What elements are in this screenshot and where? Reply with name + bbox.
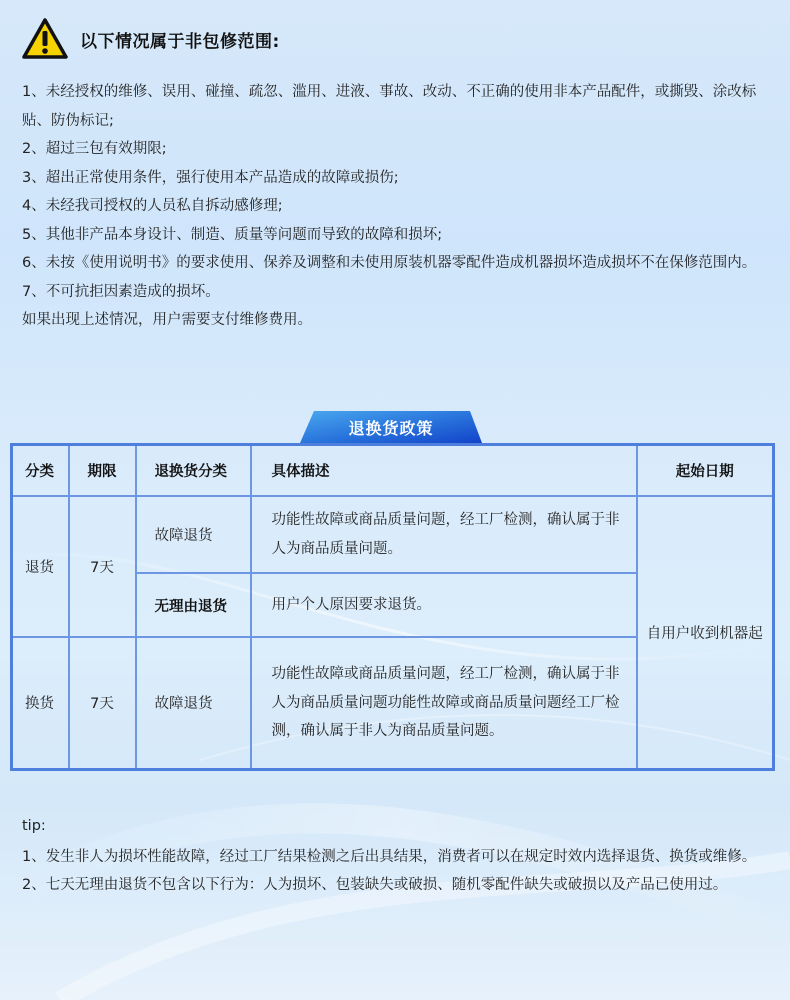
non-warranty-item: 6、未按《使用说明书》的要求使用、保养及调整和未使用原装机器零配件造成机器损坏造… (22, 249, 772, 278)
cell-description: 功能性故障或商品质量问题，经工厂检测，确认属于非人为商品质量问题。 (251, 496, 637, 573)
cell-period: 7天 (69, 496, 136, 637)
non-warranty-list: 1、未经授权的维修、误用、碰撞、疏忽、滥用、进液、事故、改动、不正确的使用非本产… (22, 78, 772, 335)
tip-item: 2、七天无理由退货不包含以下行为：人为损坏、包装缺失或破损、随机零配件缺失或破损… (22, 871, 772, 900)
non-warranty-item: 5、其他非产品本身设计、制造、质量等问题而导致的故障和损坏; (22, 221, 772, 250)
cell-category: 换货 (12, 637, 69, 769)
non-warranty-item: 7、不可抗拒因素造成的损坏。 (22, 278, 772, 307)
table-header-row: 分类 期限 退换货分类 具体描述 起始日期 (12, 445, 774, 497)
cell-description: 用户个人原因要求退货。 (251, 573, 637, 637)
cell-period: 7天 (69, 637, 136, 769)
non-warranty-note: 如果出现上述情况，用户需要支付维修费用。 (22, 306, 772, 335)
warning-triangle-icon (22, 18, 68, 60)
cell-return-type: 故障退货 (136, 496, 251, 573)
cell-category: 退货 (12, 496, 69, 637)
warning-header: 以下情况属于非包修范围: (22, 18, 280, 60)
non-warranty-item: 4、未经我司授权的人员私自拆动感修理; (22, 192, 772, 221)
cell-return-type: 无理由退货 (136, 573, 251, 637)
warning-title: 以下情况属于非包修范围: (80, 27, 280, 52)
table-row: 退货 7天 故障退货 功能性故障或商品质量问题，经工厂检测，确认属于非人为商品质… (12, 496, 774, 573)
non-warranty-item: 3、超出正常使用条件，强行使用本产品造成的故障或损伤; (22, 164, 772, 193)
tips-label: tip: (22, 812, 772, 841)
non-warranty-item: 2、超过三包有效期限; (22, 135, 772, 164)
return-policy-table: 分类 期限 退换货分类 具体描述 起始日期 退货 7天 故障退货 功能性故障或商… (10, 443, 775, 771)
non-warranty-item: 1、未经授权的维修、误用、碰撞、疏忽、滥用、进液、事故、改动、不正确的使用非本产… (22, 78, 772, 135)
policy-title: 退换货政策 (300, 411, 482, 443)
policy-banner: 退换货政策 (300, 411, 482, 443)
cell-description: 功能性故障或商品质量问题，经工厂检测，确认属于非人为商品质量问题功能性故障或商品… (251, 637, 637, 769)
header-period: 期限 (69, 445, 136, 497)
header-start-date: 起始日期 (637, 445, 774, 497)
tips-section: tip: 1、发生非人为损坏性能故障，经过工厂结果检测之后出具结果，消费者可以在… (22, 812, 772, 900)
header-return-type: 退换货分类 (136, 445, 251, 497)
tip-item: 1、发生非人为损坏性能故障，经过工厂结果检测之后出具结果，消费者可以在规定时效内… (22, 843, 772, 872)
header-category: 分类 (12, 445, 69, 497)
cell-start-date: 自用户收到机器起 (637, 496, 774, 769)
header-description: 具体描述 (251, 445, 637, 497)
cell-return-type: 故障退货 (136, 637, 251, 769)
